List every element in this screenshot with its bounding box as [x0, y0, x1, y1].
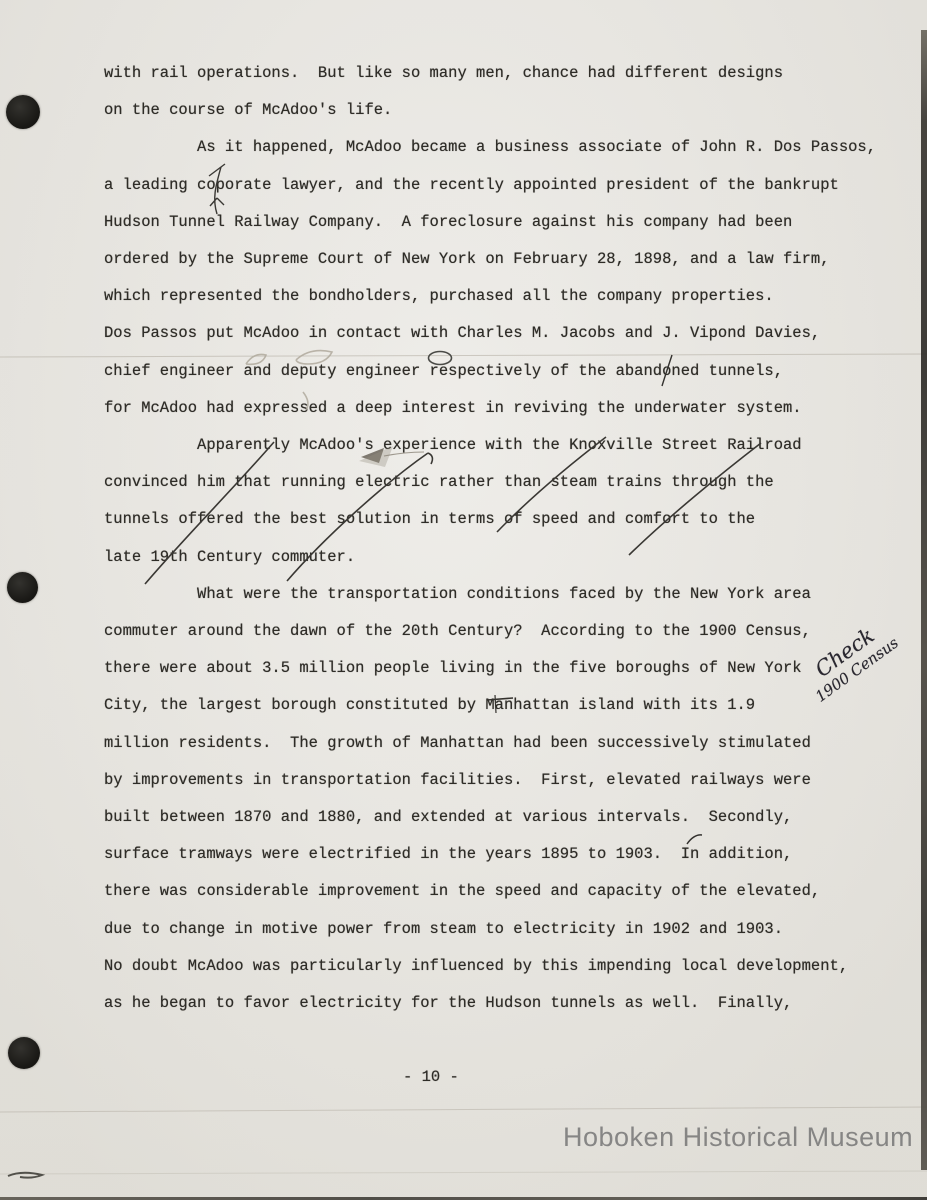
- watermark-hoboken-historical-museum: Hoboken Historical Museum: [563, 1122, 913, 1153]
- typed-line: surface tramways were electrified in the…: [104, 836, 904, 873]
- typed-line: Dos Passos put McAdoo in contact with Ch…: [104, 315, 904, 352]
- typed-line: chief engineer and deputy engineer respe…: [104, 353, 904, 390]
- typed-line: ordered by the Supreme Court of New York…: [104, 241, 904, 278]
- document-scan-page: with rail operations. But like so many m…: [0, 0, 927, 1200]
- hole-punch-bottom: [8, 1037, 40, 1069]
- typed-line: What were the transportation conditions …: [104, 576, 904, 613]
- typed-line: commuter around the dawn of the 20th Cen…: [104, 613, 904, 650]
- typed-line: there were about 3.5 million people livi…: [104, 650, 904, 687]
- typed-line: with rail operations. But like so many m…: [104, 55, 904, 92]
- typed-line: for McAdoo had expressed a deep interest…: [104, 390, 904, 427]
- page-number: - 10 -: [403, 1068, 459, 1086]
- bottom-left-scribble: [8, 1173, 42, 1178]
- typed-line: As it happened, McAdoo became a business…: [104, 129, 904, 166]
- typed-line: late 19th Century commuter.: [104, 539, 904, 576]
- typed-line: million residents. The growth of Manhatt…: [104, 725, 904, 762]
- typed-line: Apparently McAdoo's experience with the …: [104, 427, 904, 464]
- typed-text-block: with rail operations. But like so many m…: [104, 55, 904, 1022]
- typed-line: a leading coporate lawyer, and the recen…: [104, 167, 904, 204]
- typed-line: on the course of McAdoo's life.: [104, 92, 904, 129]
- typed-line: No doubt McAdoo was particularly influen…: [104, 948, 904, 985]
- typed-line: due to change in motive power from steam…: [104, 911, 904, 948]
- hole-punch-top: [6, 95, 40, 129]
- typed-line: by improvements in transportation facili…: [104, 762, 904, 799]
- typed-line: convinced him that running electric rath…: [104, 464, 904, 501]
- typed-line: there was considerable improvement in th…: [104, 873, 904, 910]
- typed-line: built between 1870 and 1880, and extende…: [104, 799, 904, 836]
- typed-line: City, the largest borough constituted by…: [104, 687, 904, 724]
- scan-edge-right: [921, 30, 927, 1170]
- typed-line: which represented the bondholders, purch…: [104, 278, 904, 315]
- hole-punch-middle: [7, 572, 38, 603]
- typed-line: tunnels offered the best solution in ter…: [104, 501, 904, 538]
- typed-line: as he began to favor electricity for the…: [104, 985, 904, 1022]
- typed-line: Hudson Tunnel Railway Company. A foreclo…: [104, 204, 904, 241]
